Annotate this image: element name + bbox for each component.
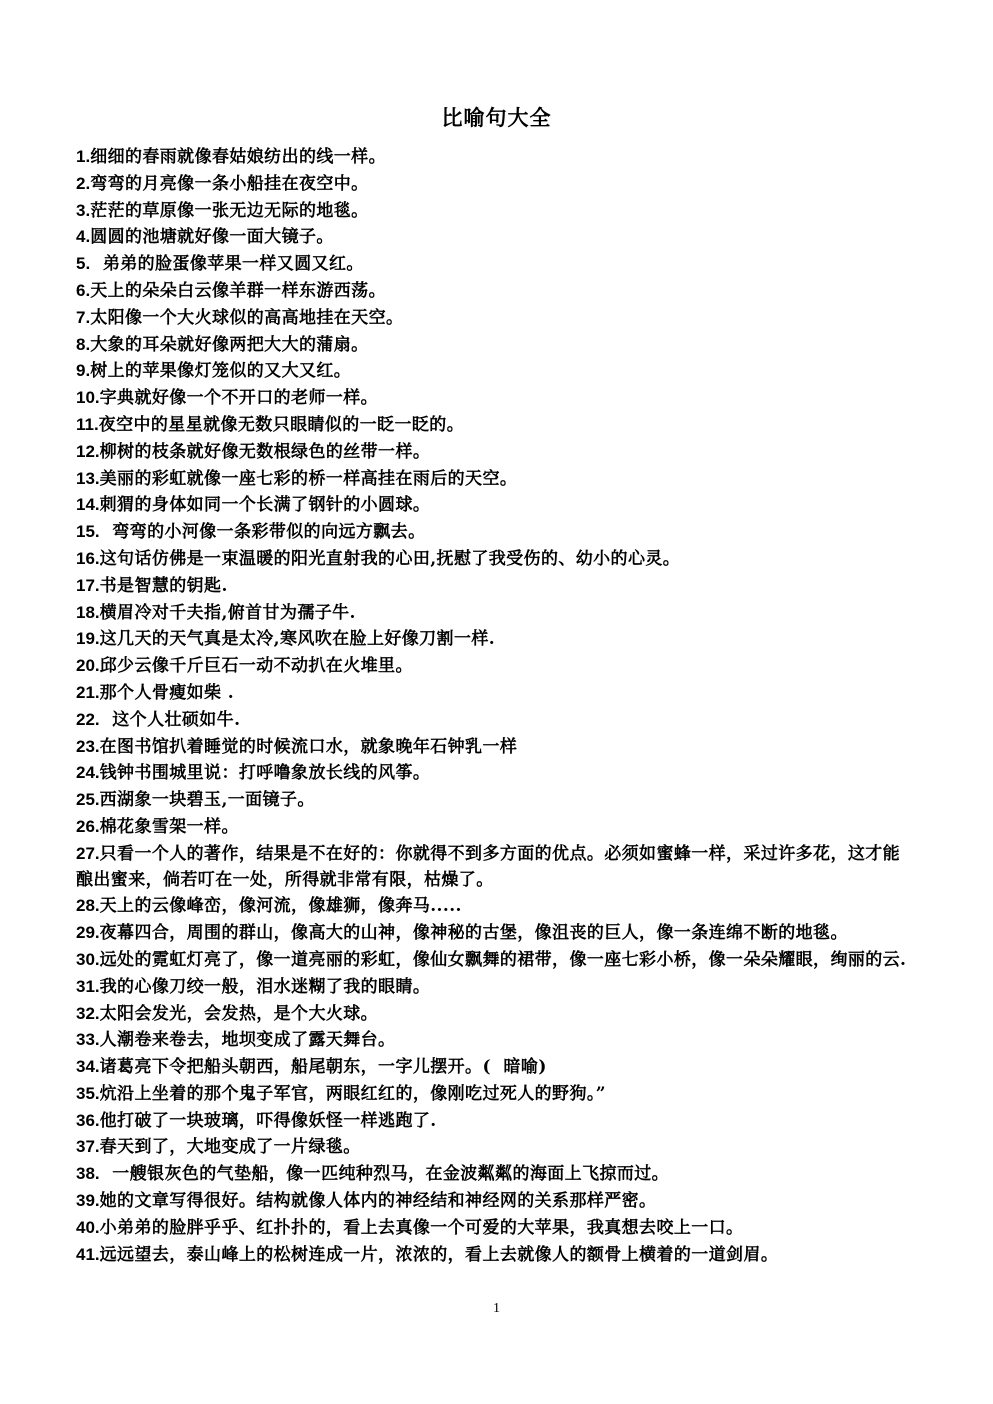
- list-item: 22. 这个人壮硕如牛.: [76, 707, 911, 734]
- item-text: 细细的春雨就像春姑娘纺出的线一样。: [90, 147, 386, 167]
- item-text: 远处的霓虹灯亮了，像一道亮丽的彩虹，像仙女飘舞的裙带，像一座七彩小桥，像一朵朵耀…: [100, 950, 907, 970]
- item-number: 6.: [76, 281, 90, 300]
- item-text: 夜空中的星星就像无数只眼睛似的一眨一眨的。: [99, 415, 464, 435]
- list-item: 26.棉花象雪架一样。: [76, 814, 911, 841]
- list-item: 33.人潮卷来卷去，地坝变成了露天舞台。: [76, 1027, 911, 1054]
- item-text: 圆圆的池塘就好像一面大镜子。: [90, 227, 334, 247]
- item-text: 我的心像刀绞一般，泪水迷糊了我的眼睛。: [100, 977, 431, 997]
- item-number: 40.: [76, 1218, 100, 1237]
- item-number: 37.: [76, 1137, 100, 1156]
- list-item: 24.钱钟书围城里说：打呼噜象放长线的风筝。: [76, 760, 911, 787]
- list-item: 6.天上的朵朵白云像羊群一样东游西荡。: [76, 278, 911, 305]
- item-text: 太阳会发光，会发热，是个大火球。: [100, 1004, 378, 1024]
- item-text: 一艘银灰色的气垫船，像一匹纯种烈马，在金波粼粼的海面上飞掠而过。: [100, 1164, 669, 1184]
- list-item: 7.太阳像一个大火球似的高高地挂在天空。: [76, 305, 911, 332]
- item-text: 她的文章写得很好。结构就像人体内的神经结和神经网的关系那样严密。: [100, 1191, 657, 1211]
- item-number: 12.: [76, 442, 100, 461]
- item-number: 19.: [76, 629, 100, 648]
- list-item: 18.横眉冷对千夫指,俯首甘为孺子牛.: [76, 600, 911, 627]
- item-text: 天上的云像峰峦，像河流，像雄狮，像奔马.....: [100, 896, 462, 916]
- list-item: 32.太阳会发光，会发热，是个大火球。: [76, 1001, 911, 1028]
- item-text: 天上的朵朵白云像羊群一样东游西荡。: [90, 281, 386, 301]
- list-item: 40.小弟弟的脸胖乎乎、红扑扑的，看上去真像一个可爱的大苹果，我真想去咬上一口。: [76, 1215, 911, 1242]
- item-text: 春天到了，大地变成了一片绿毯。: [100, 1137, 361, 1157]
- item-number: 1.: [76, 147, 90, 166]
- item-number: 36.: [76, 1111, 100, 1130]
- item-text: 刺猬的身体如同一个长满了钢针的小圆球。: [100, 495, 431, 515]
- list-item: 34.诸葛亮下令把船头朝西，船尾朝东，一字儿摆开。( 暗喻): [76, 1054, 911, 1081]
- list-item: 31.我的心像刀绞一般，泪水迷糊了我的眼睛。: [76, 974, 911, 1001]
- item-number: 21.: [76, 683, 100, 702]
- list-item: 14.刺猬的身体如同一个长满了钢针的小圆球。: [76, 492, 911, 519]
- item-number: 28.: [76, 896, 100, 915]
- item-text: 人潮卷来卷去，地坝变成了露天舞台。: [100, 1030, 396, 1050]
- list-item: 12.柳树的枝条就好像无数根绿色的丝带一样。: [76, 439, 911, 466]
- item-number: 8.: [76, 335, 90, 354]
- item-number: 22.: [76, 710, 100, 729]
- item-number: 27.: [76, 844, 100, 863]
- list-item: 10.字典就好像一个不开口的老师一样。: [76, 385, 911, 412]
- item-text: 在图书馆扒着睡觉的时候流口水，就象晚年石钟乳一样: [100, 737, 518, 757]
- item-text: 茫茫的草原像一张无边无际的地毯。: [90, 201, 368, 221]
- page-number: 1: [0, 1300, 993, 1318]
- list-item: 38. 一艘银灰色的气垫船，像一匹纯种烈马，在金波粼粼的海面上飞掠而过。: [76, 1161, 911, 1188]
- item-text: 他打破了一块玻璃，吓得像妖怪一样逃跑了.: [100, 1111, 437, 1131]
- item-text: 这句话仿佛是一束温暖的阳光直射我的心田,抚慰了我受伤的、幼小的心灵。: [100, 549, 681, 569]
- item-number: 20.: [76, 656, 100, 675]
- item-number: 13.: [76, 469, 100, 488]
- item-text: 柳树的枝条就好像无数根绿色的丝带一样。: [100, 442, 431, 462]
- list-item: 41.远远望去，泰山峰上的松树连成一片，浓浓的，看上去就像人的额骨上横着的一道剑…: [76, 1242, 911, 1269]
- list-item: 29.夜幕四合，周围的群山，像高大的山神，像神秘的古堡，像沮丧的巨人，像一条连绵…: [76, 920, 911, 947]
- list-item: 13.美丽的彩虹就像一座七彩的桥一样高挂在雨后的天空。: [76, 466, 911, 493]
- item-number: 11.: [76, 415, 99, 434]
- item-text: 大象的耳朵就好像两把大大的蒲扇。: [90, 335, 368, 355]
- list-item: 11.夜空中的星星就像无数只眼睛似的一眨一眨的。: [76, 412, 911, 439]
- item-number: 5.: [76, 254, 90, 273]
- item-text: 只看一个人的著作，结果是不在好的：你就得不到多方面的优点。必须如蜜蜂一样，采过许…: [76, 844, 900, 890]
- item-text: 钱钟书围城里说：打呼噜象放长线的风筝。: [100, 763, 431, 783]
- item-text: 棉花象雪架一样。: [100, 817, 239, 837]
- item-text: 这个人壮硕如牛.: [100, 710, 241, 730]
- list-item: 16.这句话仿佛是一束温暖的阳光直射我的心田,抚慰了我受伤的、幼小的心灵。: [76, 546, 911, 573]
- document-title: 比喻句大全: [0, 104, 993, 132]
- list-item: 36.他打破了一块玻璃，吓得像妖怪一样逃跑了.: [76, 1108, 911, 1135]
- item-number: 15.: [76, 522, 100, 541]
- item-text: 太阳像一个大火球似的高高地挂在天空。: [90, 308, 403, 328]
- item-text: 这几天的天气真是太冷,寒风吹在脸上好像刀割一样.: [100, 629, 495, 649]
- item-text: 邱少云像千斤巨石一动不动扒在火堆里。: [100, 656, 413, 676]
- item-text: 弯弯的小河像一条彩带似的向远方飘去。: [100, 522, 426, 542]
- item-text: 远远望去，泰山峰上的松树连成一片，浓浓的，看上去就像人的额骨上横着的一道剑眉。: [100, 1245, 779, 1265]
- item-text: 弟弟的脸蛋像苹果一样又圆又红。: [90, 254, 364, 274]
- item-text: 美丽的彩虹就像一座七彩的桥一样高挂在雨后的天空。: [100, 469, 518, 489]
- list-item: 35.炕沿上坐着的那个鬼子军官，两眼红红的，像刚吃过死人的野狗。”: [76, 1081, 911, 1108]
- list-item: 30.远处的霓虹灯亮了，像一道亮丽的彩虹，像仙女飘舞的裙带，像一座七彩小桥，像一…: [76, 947, 911, 974]
- list-item: 28.天上的云像峰峦，像河流，像雄狮，像奔马.....: [76, 893, 911, 920]
- item-number: 9.: [76, 361, 90, 380]
- item-text: 书是智慧的钥匙.: [100, 576, 228, 596]
- list-item: 27.只看一个人的著作，结果是不在好的：你就得不到多方面的优点。必须如蜜蜂一样，…: [76, 841, 911, 894]
- item-text: 那个人骨瘦如柴 .: [100, 683, 234, 703]
- list-item: 9.树上的苹果像灯笼似的又大又红。: [76, 358, 911, 385]
- item-number: 7.: [76, 308, 90, 327]
- item-number: 16.: [76, 549, 100, 568]
- item-text: 字典就好像一个不开口的老师一样。: [100, 388, 378, 408]
- item-number: 29.: [76, 923, 100, 942]
- list-item: 15. 弯弯的小河像一条彩带似的向远方飘去。: [76, 519, 911, 546]
- item-text: 夜幕四合，周围的群山，像高大的山神，像神秘的古堡，像沮丧的巨人，像一条连绵不断的…: [100, 923, 848, 943]
- item-number: 26.: [76, 817, 100, 836]
- list-item: 25.西湖象一块碧玉,一面镜子。: [76, 787, 911, 814]
- item-number: 38.: [76, 1164, 100, 1183]
- item-text: 弯弯的月亮像一条小船挂在夜空中。: [90, 174, 368, 194]
- item-number: 30.: [76, 950, 100, 969]
- item-number: 2.: [76, 174, 90, 193]
- item-text: 横眉冷对千夫指,俯首甘为孺子牛.: [100, 603, 356, 623]
- list-item: 23.在图书馆扒着睡觉的时候流口水，就象晚年石钟乳一样: [76, 734, 911, 761]
- item-number: 17.: [76, 576, 100, 595]
- item-number: 35.: [76, 1084, 100, 1103]
- list-item: 20.邱少云像千斤巨石一动不动扒在火堆里。: [76, 653, 911, 680]
- item-number: 10.: [76, 388, 100, 407]
- item-number: 25.: [76, 790, 100, 809]
- item-number: 33.: [76, 1030, 100, 1049]
- list-item: 17.书是智慧的钥匙.: [76, 573, 911, 600]
- item-text: 小弟弟的脸胖乎乎、红扑扑的，看上去真像一个可爱的大苹果，我真想去咬上一口。: [100, 1218, 744, 1238]
- item-text: 西湖象一块碧玉,一面镜子。: [100, 790, 315, 810]
- item-number: 32.: [76, 1004, 100, 1023]
- item-number: 39.: [76, 1191, 100, 1210]
- list-item: 21.那个人骨瘦如柴 .: [76, 680, 911, 707]
- list-item: 37.春天到了，大地变成了一片绿毯。: [76, 1134, 911, 1161]
- item-number: 4.: [76, 227, 90, 246]
- list-item: 3.茫茫的草原像一张无边无际的地毯。: [76, 198, 911, 225]
- list-item: 5. 弟弟的脸蛋像苹果一样又圆又红。: [76, 251, 911, 278]
- item-text: 树上的苹果像灯笼似的又大又红。: [90, 361, 351, 381]
- list-item: 8.大象的耳朵就好像两把大大的蒲扇。: [76, 332, 911, 359]
- simile-list: 1.细细的春雨就像春姑娘纺出的线一样。2.弯弯的月亮像一条小船挂在夜空中。3.茫…: [76, 144, 911, 1268]
- list-item: 19.这几天的天气真是太冷,寒风吹在脸上好像刀割一样.: [76, 626, 911, 653]
- list-item: 1.细细的春雨就像春姑娘纺出的线一样。: [76, 144, 911, 171]
- item-number: 3.: [76, 201, 90, 220]
- list-item: 39.她的文章写得很好。结构就像人体内的神经结和神经网的关系那样严密。: [76, 1188, 911, 1215]
- list-item: 4.圆圆的池塘就好像一面大镜子。: [76, 224, 911, 251]
- item-number: 23.: [76, 737, 100, 756]
- item-number: 18.: [76, 603, 100, 622]
- document-page: 比喻句大全 1.细细的春雨就像春姑娘纺出的线一样。2.弯弯的月亮像一条小船挂在夜…: [0, 0, 993, 1404]
- item-number: 41.: [76, 1245, 100, 1264]
- item-text: 炕沿上坐着的那个鬼子军官，两眼红红的，像刚吃过死人的野狗。”: [100, 1084, 606, 1104]
- item-number: 34.: [76, 1057, 100, 1076]
- item-number: 24.: [76, 763, 100, 782]
- item-number: 14.: [76, 495, 100, 514]
- item-text: 诸葛亮下令把船头朝西，船尾朝东，一字儿摆开。( 暗喻): [100, 1057, 547, 1077]
- item-number: 31.: [76, 977, 100, 996]
- list-item: 2.弯弯的月亮像一条小船挂在夜空中。: [76, 171, 911, 198]
